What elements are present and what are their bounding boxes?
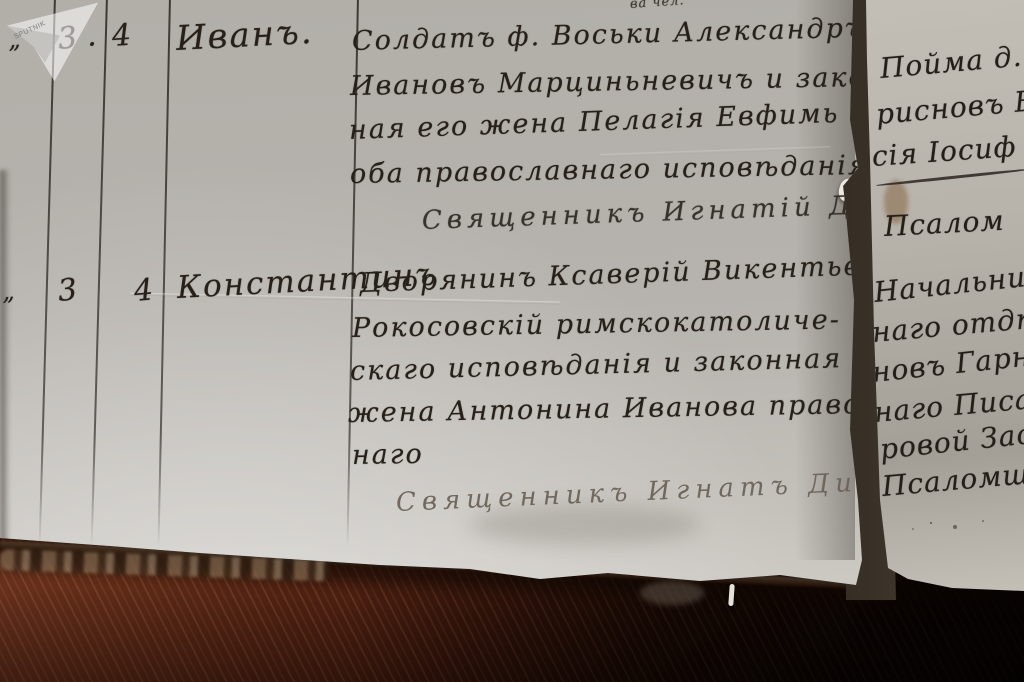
row2-entry-number-male: 4 <box>132 272 154 309</box>
sputnik-watermark: SPUTNIK <box>5 1 100 83</box>
row2-parents-line-5: наго <box>352 439 424 471</box>
cutoff-text-fragment: ва чел. <box>629 0 685 12</box>
row1-priest-signature: Священникъ Игнатій Д <box>421 191 855 236</box>
ink-specks <box>930 522 932 524</box>
paper-fragment-shadow <box>640 581 704 605</box>
row1-parents-line-4: оба православнаго исповѣданія <box>350 150 868 190</box>
page-edge-shade <box>0 170 10 560</box>
column-rule-3 <box>157 0 170 548</box>
row1-entry-number-male: 4 <box>111 18 132 54</box>
right-page-line-4: Псалом <box>883 204 1005 243</box>
row1-parents-line-3: ная его жена Пелагія Евфимь <box>348 98 839 146</box>
row2-parents-line-4: жена Антонина Иванова право- <box>348 389 873 429</box>
row1-parents-line-1: Солдатъ ф. Воськи Александръ <box>352 13 866 57</box>
right-page-line-3: сія Іосиф <box>871 130 1018 173</box>
photo-of-register-book: ва чел. „ 3 . 4 Иванъ. Солдатъ ф. Воськи… <box>0 0 1024 682</box>
right-page-line-1: Пойма д. кри <box>879 34 1024 85</box>
row2-parents-line-2: Рокосовскій римскокатоличе- <box>352 304 841 344</box>
row1-given-name: Иванъ. <box>175 12 314 59</box>
right-page-line-5: Начальни <box>872 260 1024 309</box>
row2-parents-line-3: скаго исповѣданія и законная <box>350 343 843 387</box>
right-page-line-2: рисновъ В <box>875 84 1024 131</box>
row2-ditto-mark: „ <box>1 277 15 306</box>
row2-entry-number-female: 3 <box>56 272 79 309</box>
